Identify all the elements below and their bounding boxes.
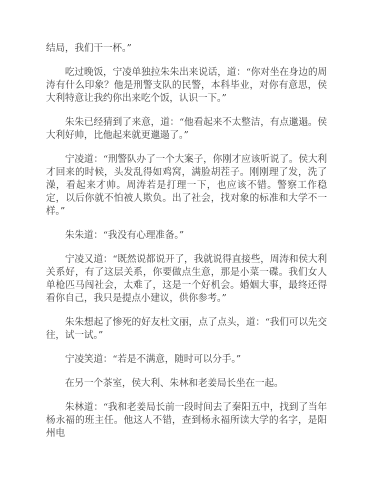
- paragraph: 朱朱想起了惨死的好友杜文丽，点了点头，道：“我们可以先交往，试一试。”: [46, 316, 327, 342]
- paragraph: 结局，我们干一杯。”: [46, 42, 327, 55]
- paragraph: 宁凌道：“刑警队办了一个大案子，你刚才应该听说了。侯大利才回来的时候，头发乱得如…: [46, 153, 327, 218]
- paragraph: 宁凌又道：“既然说都说开了，我就说得直接些，周涛和侯大利关系好，有了这层关系，你…: [46, 253, 327, 305]
- paragraph: 宁凌笑道：“若是不满意，随时可以分手。”: [46, 353, 327, 366]
- paragraph: 吃过晚饭，宁凌单独拉朱朱出来说话，道：“你对坐在身边的周涛有什么印象？他是刑警支…: [46, 66, 327, 105]
- paragraph: 朱林道：“我和老姜局长前一段时间去了秦阳五中，找到了当年杨永福的班主任。他这人不…: [46, 401, 327, 440]
- paragraph: 朱朱道：“我没有心理准备。”: [46, 229, 327, 242]
- paragraph: 朱朱已经猜到了来意，道：“他看起来不太整洁，有点邋遢。侯大利好帅，比他起来就更邋…: [46, 116, 327, 142]
- paragraph: 在另一个茶室，侯大利、朱林和老姜局长坐在一起。: [46, 377, 327, 390]
- ebook-page: 结局，我们干一杯。” 吃过晚饭，宁凌单独拉朱朱出来说话，道：“你对坐在身边的周涛…: [0, 0, 370, 480]
